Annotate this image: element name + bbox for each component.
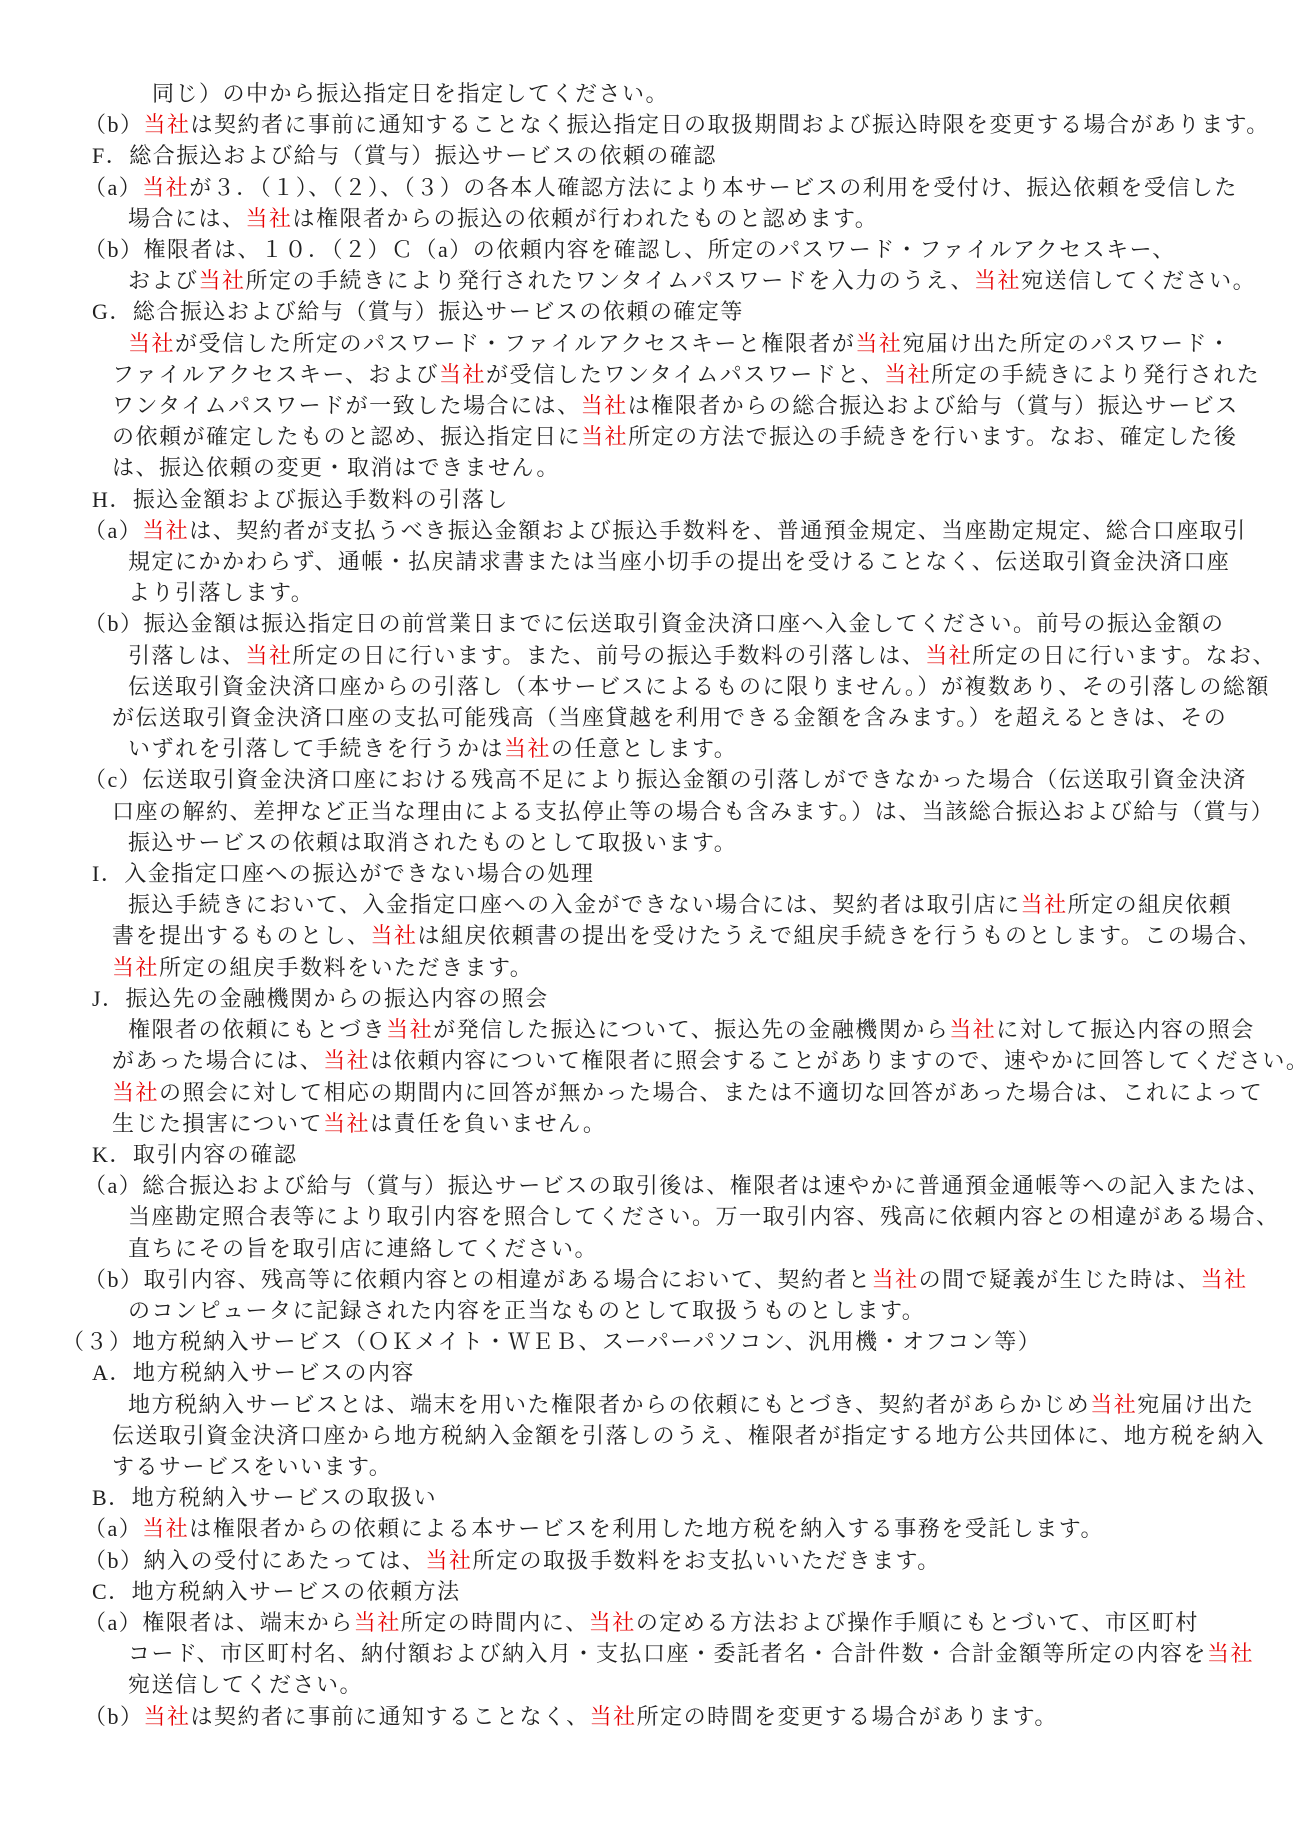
highlighted-term: 当社 — [581, 424, 628, 449]
highlighted-term: 当社 — [371, 923, 418, 948]
highlighted-term: 当社 — [884, 362, 931, 387]
text-line: 振込サービスの依頼は取消されたものとして取扱います。 — [0, 827, 1296, 858]
highlighted-term: 当社 — [1201, 1267, 1248, 1292]
highlighted-term: 当社 — [112, 1080, 159, 1105]
text-line: （a）当社は、契約者が支払うべき振込金額および振込手数料を、普通預金規定、当座勘… — [0, 515, 1296, 546]
text-line: A．地方税納入サービスの内容 — [0, 1357, 1296, 1388]
highlighted-term: 当社 — [504, 736, 551, 761]
text-line: 当座勘定照合表等により取引内容を照合してください。万一取引内容、残高に依頼内容と… — [0, 1201, 1296, 1232]
highlighted-term: 当社 — [354, 1610, 401, 1635]
text-line: （b）当社は契約者に事前に通知することなく、当社所定の時間を変更する場合がありま… — [0, 1701, 1296, 1732]
text-line: ファイルアクセスキー、および当社が受信したワンタイムパスワードと、当社所定の手続… — [0, 359, 1296, 390]
text-line: 権限者の依頼にもとづき当社が発信した振込について、振込先の金融機関から当社に対し… — [0, 1014, 1296, 1045]
highlighted-term: 当社 — [386, 1017, 433, 1042]
text-line: 当社の照会に対して相応の期間内に回答が無かった場合、または不適切な回答があった場… — [0, 1077, 1296, 1108]
terms-text-block: 同じ）の中から振込指定日を指定してください。（b）当社は契約者に事前に通知するこ… — [0, 78, 1296, 1732]
text-line: （a）当社が３．（１）、（２）、（３）の各本人確認方法により本サービスの利用を受… — [0, 172, 1296, 203]
text-line: 口座の解約、差押など正当な理由による支払停止等の場合も含みます。）は、当該総合振… — [0, 796, 1296, 827]
highlighted-term: 当社 — [128, 331, 175, 356]
highlighted-term: 当社 — [112, 955, 159, 980]
text-line: 場合には、当社は権限者からの振込の依頼が行われたものと認めます。 — [0, 203, 1296, 234]
text-line: B．地方税納入サービスの取扱い — [0, 1482, 1296, 1513]
text-line: があった場合には、当社は依頼内容について権限者に照会することがありますので、速や… — [0, 1045, 1296, 1076]
text-line: および当社所定の手続きにより発行されたワンタイムパスワードを入力のうえ、当社宛送… — [0, 265, 1296, 296]
highlighted-term: 当社 — [949, 1017, 996, 1042]
text-line: 宛送信してください。 — [0, 1669, 1296, 1700]
text-line: のコンピュータに記録された内容を正当なものとして取扱うものとします。 — [0, 1295, 1296, 1326]
text-line: （３）地方税納入サービス（ＯＫメイト・ＷＥＢ、スーパーパソコン、汎用機・オフコン… — [0, 1326, 1296, 1357]
text-line: （b）納入の受付にあたっては、当社所定の取扱手数料をお支払いいただきます。 — [0, 1545, 1296, 1576]
highlighted-term: 当社 — [426, 1548, 473, 1573]
text-line: 生じた損害について当社は責任を負いません。 — [0, 1108, 1296, 1139]
text-line: （a）総合振込および給与（賞与）振込サービスの取引後は、権限者は速やかに普通預金… — [0, 1170, 1296, 1201]
text-line: （b）権限者は、１０．（２）Ｃ（a）の依頼内容を確認し、所定のパスワード・ファイ… — [0, 234, 1296, 265]
text-line: （a）権限者は、端末から当社所定の時間内に、当社の定める方法および操作手順にもと… — [0, 1607, 1296, 1638]
highlighted-term: 当社 — [323, 1048, 370, 1073]
text-line: （b）振込金額は振込指定日の前営業日までに伝送取引資金決済口座へ入金してください… — [0, 608, 1296, 639]
text-line: （a）当社は権限者からの依頼による本サービスを利用した地方税を納入する事務を受託… — [0, 1513, 1296, 1544]
text-line: G．総合振込および給与（賞与）振込サービスの依頼の確定等 — [0, 296, 1296, 327]
text-line: 引落しは、当社所定の日に行います。また、前号の振込手数料の引落しは、当社所定の日… — [0, 640, 1296, 671]
highlighted-term: 当社 — [590, 1704, 637, 1729]
highlighted-term: 当社 — [581, 393, 628, 418]
text-line: 直ちにその旨を取引店に連絡してください。 — [0, 1233, 1296, 1264]
text-line: K．取引内容の確認 — [0, 1139, 1296, 1170]
text-line: の依頼が確定したものと認め、振込指定日に当社所定の方法で振込の手続きを行います。… — [0, 421, 1296, 452]
text-line: 伝送取引資金決済口座からの引落し（本サービスによるものに限りません。）が複数あり… — [0, 671, 1296, 702]
text-line: いずれを引落して手続きを行うかは当社の任意とします。 — [0, 733, 1296, 764]
text-line: 振込手続きにおいて、入金指定口座への入金ができない場合には、契約者は取引店に当社… — [0, 889, 1296, 920]
text-line: 規定にかかわらず、通帳・払戻請求書または当座小切手の提出を受けることなく、伝送取… — [0, 546, 1296, 577]
highlighted-term: 当社 — [142, 518, 189, 543]
text-line: I．入金指定口座への振込ができない場合の処理 — [0, 858, 1296, 889]
highlighted-term: 当社 — [872, 1267, 919, 1292]
highlighted-term: 当社 — [323, 1111, 370, 1136]
text-line: 書を提出するものとし、当社は組戻依頼書の提出を受けたうえで組戻手続きを行うものと… — [0, 920, 1296, 951]
highlighted-term: 当社 — [855, 331, 902, 356]
highlighted-term: 当社 — [925, 643, 972, 668]
highlighted-term: 当社 — [142, 175, 189, 200]
text-line: ワンタイムパスワードが一致した場合には、当社は権限者からの総合振込および給与（賞… — [0, 390, 1296, 421]
text-line: が伝送取引資金決済口座の支払可能残高（当座貸越を利用できる金額を含みます。）を超… — [0, 702, 1296, 733]
highlighted-term: 当社 — [199, 268, 246, 293]
highlighted-term: 当社 — [142, 1516, 189, 1541]
text-line: 伝送取引資金決済口座から地方税納入金額を引落しのうえ、権限者が指定する地方公共団… — [0, 1420, 1296, 1451]
highlighted-term: 当社 — [144, 112, 191, 137]
text-line: （b）当社は契約者に事前に通知することなく振込指定日の取扱期間および振込時限を変… — [0, 109, 1296, 140]
text-line: J．振込先の金融機関からの振込内容の照会 — [0, 983, 1296, 1014]
text-line: は、振込依頼の変更・取消はできません。 — [0, 452, 1296, 483]
text-line: （c）伝送取引資金決済口座における残高不足により振込金額の引落しができなかった場… — [0, 764, 1296, 795]
text-line: H．振込金額および振込手数料の引落し — [0, 484, 1296, 515]
text-line: 当社所定の組戻手数料をいただきます。 — [0, 952, 1296, 983]
highlighted-term: 当社 — [246, 206, 293, 231]
text-line: より引落します。 — [0, 577, 1296, 608]
text-line: F．総合振込および給与（賞与）振込サービスの依頼の確認 — [0, 140, 1296, 171]
text-line: （b）取引内容、残高等に依頼内容との相違がある場合において、契約者と当社の間で疑… — [0, 1264, 1296, 1295]
text-line: 地方税納入サービスとは、端末を用いた権限者からの依頼にもとづき、契約者があらかじ… — [0, 1389, 1296, 1420]
text-line: コード、市区町村名、納付額および納入月・支払口座・委託者名・合計件数・合計金額等… — [0, 1638, 1296, 1669]
document-page: 同じ）の中から振込指定日を指定してください。（b）当社は契約者に事前に通知するこ… — [0, 0, 1296, 1843]
text-line: 当社が受信した所定のパスワード・ファイルアクセスキーと権限者が当社宛届け出た所定… — [0, 328, 1296, 359]
highlighted-term: 当社 — [1090, 1392, 1137, 1417]
text-line: C．地方税納入サービスの依頼方法 — [0, 1576, 1296, 1607]
text-line: するサービスをいいます。 — [0, 1451, 1296, 1482]
highlighted-term: 当社 — [439, 362, 486, 387]
highlighted-term: 当社 — [1021, 892, 1068, 917]
highlighted-term: 当社 — [589, 1610, 636, 1635]
highlighted-term: 当社 — [974, 268, 1021, 293]
highlighted-term: 当社 — [144, 1704, 191, 1729]
highlighted-term: 当社 — [246, 643, 293, 668]
text-line: 同じ）の中から振込指定日を指定してください。 — [0, 78, 1296, 109]
highlighted-term: 当社 — [1207, 1641, 1254, 1666]
